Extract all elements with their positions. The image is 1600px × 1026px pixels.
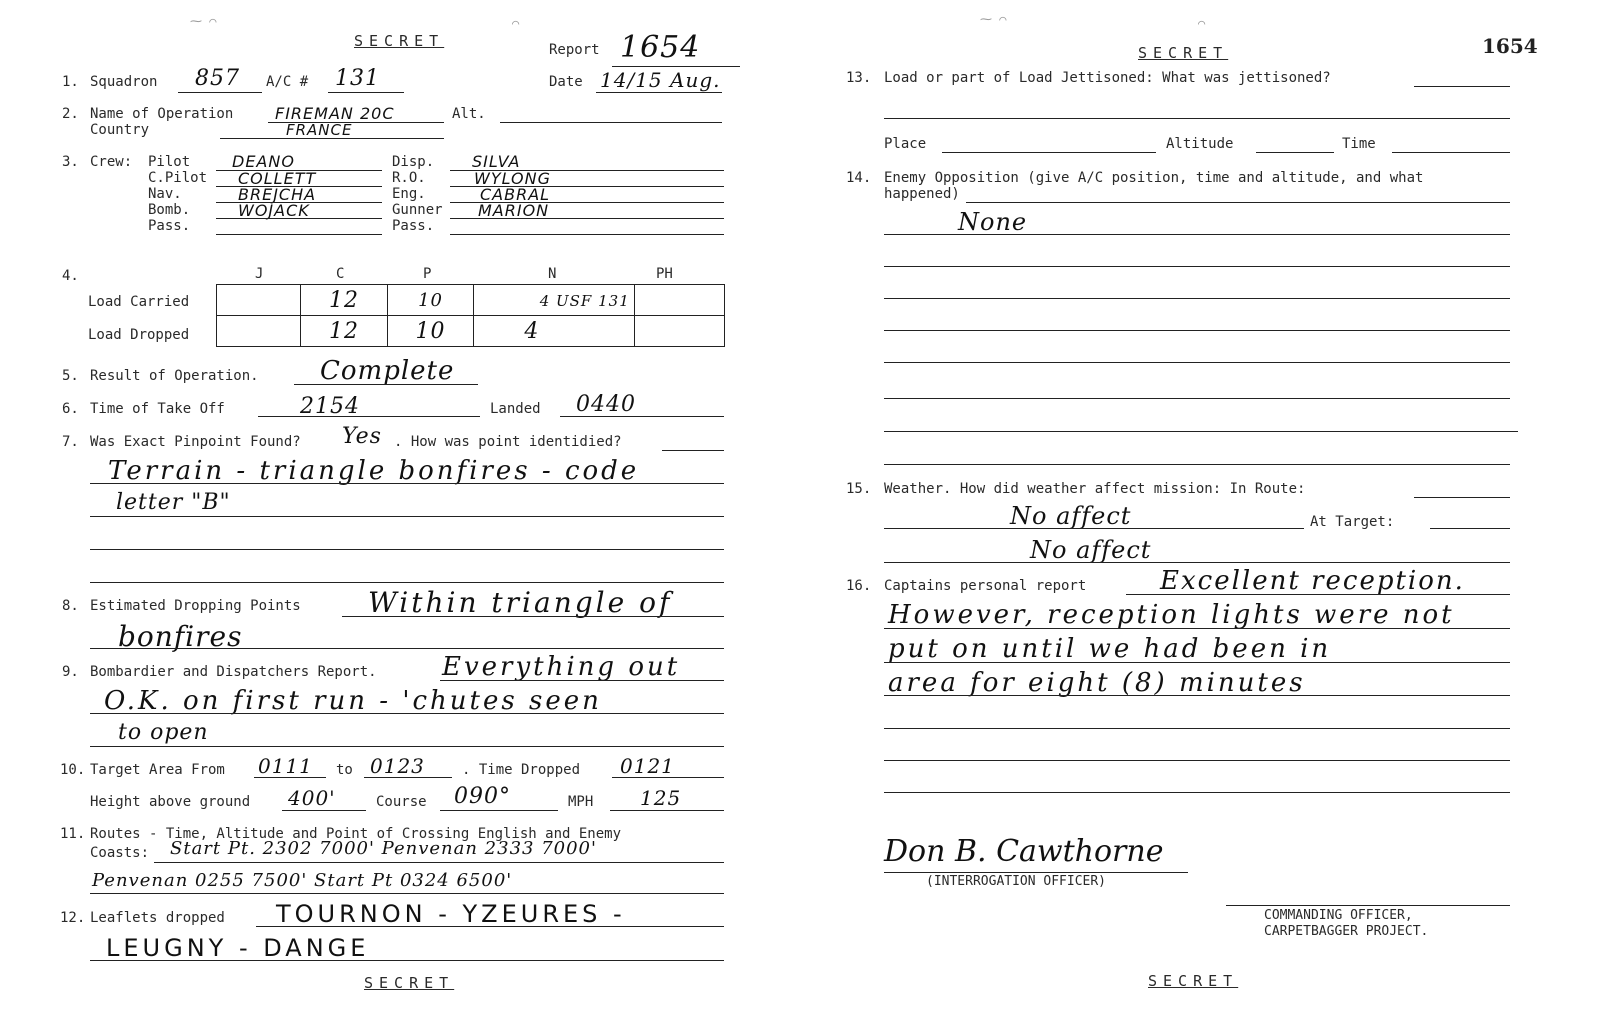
pinpoint-found: Yes [342,424,382,449]
cell-dropped-n: 4 [474,316,634,347]
col-header-n: N [548,266,556,282]
crew-role: Bomb. [148,202,190,218]
interrogation-officer-signature: Don B. Cawthorne [884,834,1163,869]
place-label: Place [884,136,926,152]
smudge-mark: ⌒ [1198,16,1205,30]
col-header-j: J [255,266,263,282]
q12-number: 12. [60,910,85,926]
bombardier-label: Bombardier and Dispatchers Report. [90,664,377,680]
crew-role: C.Pilot [148,170,207,186]
date-value: 14/15 Aug. [600,68,720,92]
cell-carried-ph [634,285,724,316]
bombardier-line1: Everything out [442,652,680,682]
table-row: 12 10 4 [217,316,725,347]
height-label: Height above ground [90,794,250,810]
course-value: 090° [454,784,511,809]
date-label: Date [549,74,583,90]
q7-number: 7. [62,434,79,450]
squadron-label: Squadron [90,74,157,90]
height-value: 400' [288,786,336,810]
crew-role: R.O. [392,170,426,186]
cell-carried-p: 10 [387,285,474,316]
pinpoint-how-label: . How was point identidied? [394,434,622,450]
mph-label: MPH [568,794,593,810]
target-from-label: Target Area From [90,762,225,778]
smudge-mark: ⌒ [512,16,519,30]
crew-role: Pass. [392,218,434,234]
alt-label: Alt. [452,106,486,122]
q9-number: 9. [62,664,79,680]
report-number: 1654 [620,30,700,65]
dropping-points-label: Estimated Dropping Points [90,598,301,614]
q5-number: 5. [62,368,79,384]
mph-value: 125 [640,786,681,810]
captains-report-line2: However, reception lights were not [888,600,1455,630]
altitude-label: Altitude [1166,136,1233,152]
time-dropped-label: . Time Dropped [462,762,580,778]
q15-number: 15. [846,481,871,497]
cell-dropped-j [217,316,301,347]
q4-number: 4. [62,268,79,284]
table-row: 12 10 4 USF 131 [217,285,725,316]
classification-bottom: SECRET [1148,972,1238,990]
leaflets-line2: LEUGNY - DANGE [106,934,369,962]
pinpoint-label: Was Exact Pinpoint Found? [90,434,301,450]
weather-label: Weather. How did weather affect mission:… [884,481,1305,497]
interrogation-officer-title: (INTERROGATION OFFICER) [926,874,1106,889]
crew-role: Gunner [392,202,443,218]
crew-role: Eng. [392,186,426,202]
classification-top: SECRET [354,32,444,50]
col-header-p: P [423,266,431,282]
col-header-c: C [336,266,344,282]
routes-line2: Penvenan 0255 7500' Start Pt 0324 6500' [92,870,512,891]
report-label: Report [549,42,600,58]
leaflets-line1: TOURNON - YZEURES - [276,900,626,928]
commanding-officer-line2: CARPETBAGGER PROJECT. [1264,924,1428,939]
smudge-mark: ⁓ ⌒ [190,14,216,28]
operation-label: Name of Operation [90,106,233,122]
weather-target-value: No affect [1030,536,1151,564]
enemy-opposition-value: None [958,208,1027,236]
cell-carried-c: 12 [301,285,388,316]
classification-bottom: SECRET [364,974,454,992]
landed-value: 0440 [576,392,636,417]
q11-number: 11. [60,826,85,842]
q6-number: 6. [62,401,79,417]
q2-number: 2. [62,106,79,122]
page-number: 1654 [1482,34,1538,58]
q13-number: 13. [846,70,871,86]
target-from-value: 0111 [258,754,313,778]
pinpoint-how-line2: letter "B" [116,490,231,515]
classification-top: SECRET [1138,44,1228,62]
takeoff-label: Time of Take Off [90,401,225,417]
dropping-points-line1: Within triangle of [368,586,672,619]
enemy-opposition-label: Enemy Opposition (give A/C position, tim… [884,170,1423,186]
enemy-opposition-label-2: happened) [884,186,960,202]
result-label: Result of Operation. [90,368,259,384]
pinpoint-how-line1: Terrain - triangle bonfires - code [108,456,639,486]
time-dropped-value: 0121 [620,754,675,778]
q8-number: 8. [62,598,79,614]
country-label: Country [90,122,149,138]
bombardier-line2: O.K. on first run - 'chutes seen [104,686,602,716]
jettisoned-label: Load or part of Load Jettisoned: What wa… [884,70,1331,86]
target-to-value: 0123 [370,754,425,778]
captains-report-label: Captains personal report [884,578,1086,594]
captains-report-line4: area for eight (8) minutes [888,668,1306,698]
ac-value: 131 [335,66,380,91]
col-header-ph: PH [656,266,673,282]
cell-dropped-c: 12 [301,316,388,347]
course-label: Course [376,794,427,810]
bombardier-line3: to open [118,720,209,745]
q10-number: 10. [60,762,85,778]
crew-role: Disp. [392,154,434,170]
cell-dropped-ph [634,316,724,347]
weather-target-label: At Target: [1310,514,1394,530]
row-label-load-carried: Load Carried [88,294,189,310]
smudge-mark: ⁓ ⌒ [980,12,1006,26]
q1-number: 1. [62,74,79,90]
q16-number: 16. [846,578,871,594]
q14-number: 14. [846,170,871,186]
cell-carried-n: 4 USF 131 [474,285,634,316]
q3-number: 3. [62,154,79,170]
ac-label: A/C # [266,74,308,90]
landed-label: Landed [490,401,541,417]
cell-carried-j [217,285,301,316]
row-label-load-dropped: Load Dropped [88,327,189,343]
target-to-label: to [336,762,353,778]
crew-label: Crew: [90,154,132,170]
result-value: Complete [320,356,454,386]
routes-line1: Start Pt. 2302 7000' Penvenan 2333 7000' [170,838,597,859]
country-value: FRANCE [286,121,352,139]
commanding-officer-line1: COMMANDING OFFICER, [1264,908,1413,923]
crew-role: Pilot [148,154,190,170]
captains-report-line3: put on until we had been in [888,634,1331,664]
squadron-value: 857 [195,66,240,91]
cell-dropped-p: 10 [387,316,474,347]
time-label: Time [1342,136,1376,152]
captains-report-line1: Excellent reception. [1160,566,1465,596]
load-table: 12 10 4 USF 131 12 10 4 [216,284,725,347]
crew-role: Nav. [148,186,182,202]
coasts-label: Coasts: [90,845,149,861]
leaflets-label: Leaflets dropped [90,910,225,926]
crew-role: Pass. [148,218,190,234]
weather-en-route-value: No affect [1010,502,1131,530]
